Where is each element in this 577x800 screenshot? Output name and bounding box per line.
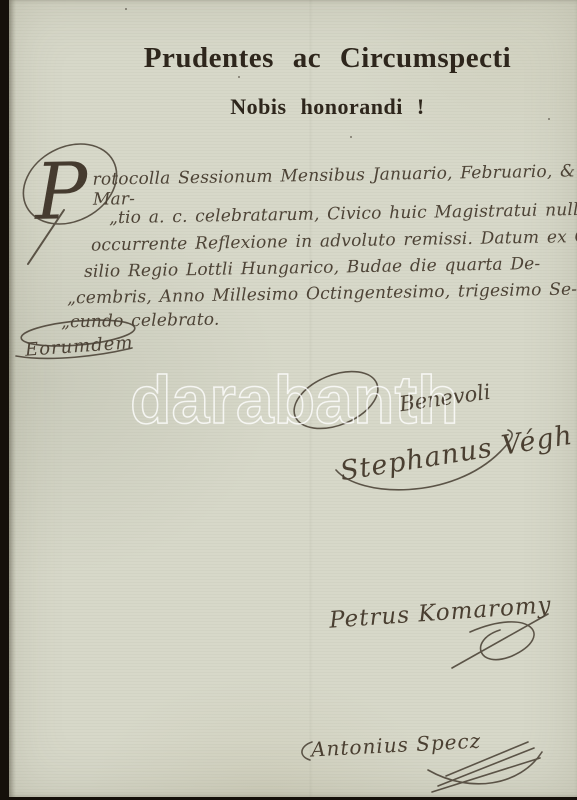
signature-stephanus-vegh: Stephanus Végh (338, 420, 575, 487)
dust-speck (238, 76, 240, 78)
printed-salutation: Nobis honorandi ! (69, 94, 577, 120)
valediction: Benevoli (398, 380, 492, 417)
signature-petrus-komaromy: Petrus Komaromy (328, 592, 552, 633)
scan-frame: Prudentes ac Circumspecti Nobis honorand… (0, 0, 577, 800)
manuscript-line-6: „cundo celebrato. (61, 310, 220, 333)
margin-note: Eorumdem (24, 332, 134, 361)
signature-antonius-specz: Antonius Specz (310, 729, 481, 762)
paper: Prudentes ac Circumspecti Nobis honorand… (9, 0, 577, 797)
manuscript-line-3: occurrente Reflexione in advoluto remiss… (91, 226, 577, 255)
dust-speck (125, 8, 127, 10)
printed-title: Prudentes ac Circumspecti (69, 42, 577, 75)
dust-speck (350, 136, 352, 138)
manuscript-line-4: silio Regio Lottli Hungarico, Budae die … (84, 254, 541, 282)
manuscript-line-5: „cembris, Anno Millesimo Octingentesimo,… (67, 280, 577, 309)
dust-speck (548, 118, 550, 120)
